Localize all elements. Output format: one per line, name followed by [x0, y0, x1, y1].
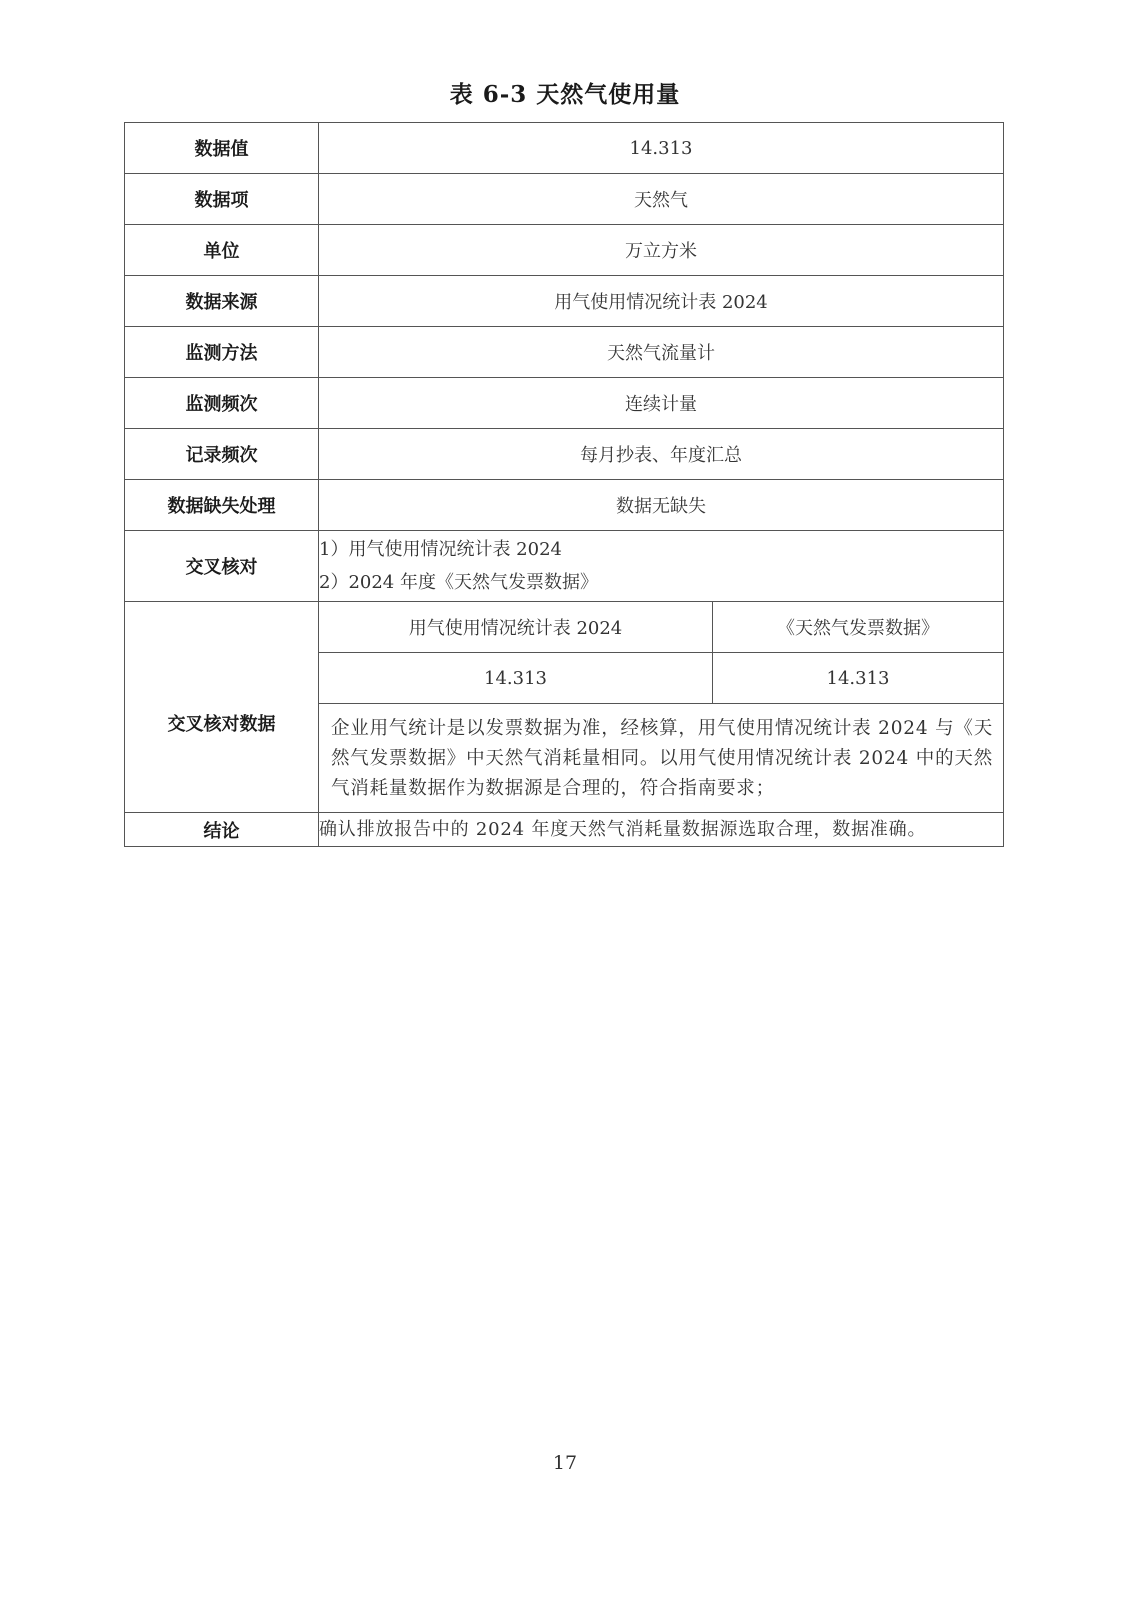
cross-check-list: 1）用气使用情况统计表 2024 2）2024 年度《天然气发票数据》: [319, 531, 1004, 602]
row-label: 数据来源: [125, 276, 319, 327]
table-caption: 表 6-3 天然气使用量: [0, 76, 1130, 109]
row-label: 数据缺失处理: [125, 480, 319, 531]
cross-check-item: 1）用气使用情况统计表 2024: [319, 533, 1003, 566]
table-row-missing-data-handling: 数据缺失处理 数据无缺失: [125, 480, 1004, 531]
comparison-header: 《天然气发票数据》: [713, 602, 1004, 653]
table-row-recording-frequency: 记录频次 每月抄表、年度汇总: [125, 429, 1004, 480]
comparison-value: 14.313: [319, 653, 713, 704]
row-label: 监测频次: [125, 378, 319, 429]
natural-gas-usage-table: 数据值 14.313 数据项 天然气 单位 万立方米 数据来源 用气使用情况统计…: [124, 122, 1004, 847]
table-row-cross-check: 交叉核对 1）用气使用情况统计表 2024 2）2024 年度《天然气发票数据》: [125, 531, 1004, 602]
table-row-data-source: 数据来源 用气使用情况统计表 2024: [125, 276, 1004, 327]
page-number: 17: [0, 1452, 1130, 1474]
row-value: 数据无缺失: [319, 480, 1004, 531]
table-row-unit: 单位 万立方米: [125, 225, 1004, 276]
comparison-header-row: 用气使用情况统计表 2024 《天然气发票数据》: [319, 602, 1003, 653]
row-value: 万立方米: [319, 225, 1004, 276]
row-label: 单位: [125, 225, 319, 276]
table-row-cross-check-data: 交叉核对数据 用气使用情况统计表 2024 《天然气发票数据》 14.313 1…: [125, 602, 1004, 813]
row-value: 用气使用情况统计表 2024: [319, 276, 1004, 327]
comparison-value-row: 14.313 14.313: [319, 653, 1003, 704]
table-row-data-value: 数据值 14.313: [125, 123, 1004, 174]
cross-check-item: 2）2024 年度《天然气发票数据》: [319, 566, 1003, 599]
row-value: 每月抄表、年度汇总: [319, 429, 1004, 480]
row-label: 数据值: [125, 123, 319, 174]
row-label: 交叉核对: [125, 531, 319, 602]
cross-check-note: 企业用气统计是以发票数据为准，经核算，用气使用情况统计表 2024 与《天然气发…: [319, 704, 1003, 812]
row-label: 数据项: [125, 174, 319, 225]
comparison-header: 用气使用情况统计表 2024: [319, 602, 713, 653]
row-label: 记录频次: [125, 429, 319, 480]
table-row-monitoring-method: 监测方法 天然气流量计: [125, 327, 1004, 378]
table-row-monitoring-frequency: 监测频次 连续计量: [125, 378, 1004, 429]
comparison-value: 14.313: [713, 653, 1004, 704]
conclusion-text: 确认排放报告中的 2024 年度天然气消耗量数据源选取合理，数据准确。: [319, 813, 1004, 847]
table-row-conclusion: 结论 确认排放报告中的 2024 年度天然气消耗量数据源选取合理，数据准确。: [125, 813, 1004, 847]
row-label: 交叉核对数据: [125, 602, 319, 813]
table-row-data-item: 数据项 天然气: [125, 174, 1004, 225]
row-label: 结论: [125, 813, 319, 847]
row-value: 14.313: [319, 123, 1004, 174]
row-value: 天然气: [319, 174, 1004, 225]
row-value: 天然气流量计: [319, 327, 1004, 378]
cross-check-data-cell: 用气使用情况统计表 2024 《天然气发票数据》 14.313 14.313 企…: [319, 602, 1004, 813]
cross-check-comparison-table: 用气使用情况统计表 2024 《天然气发票数据》 14.313 14.313: [319, 602, 1003, 704]
row-label: 监测方法: [125, 327, 319, 378]
row-value: 连续计量: [319, 378, 1004, 429]
